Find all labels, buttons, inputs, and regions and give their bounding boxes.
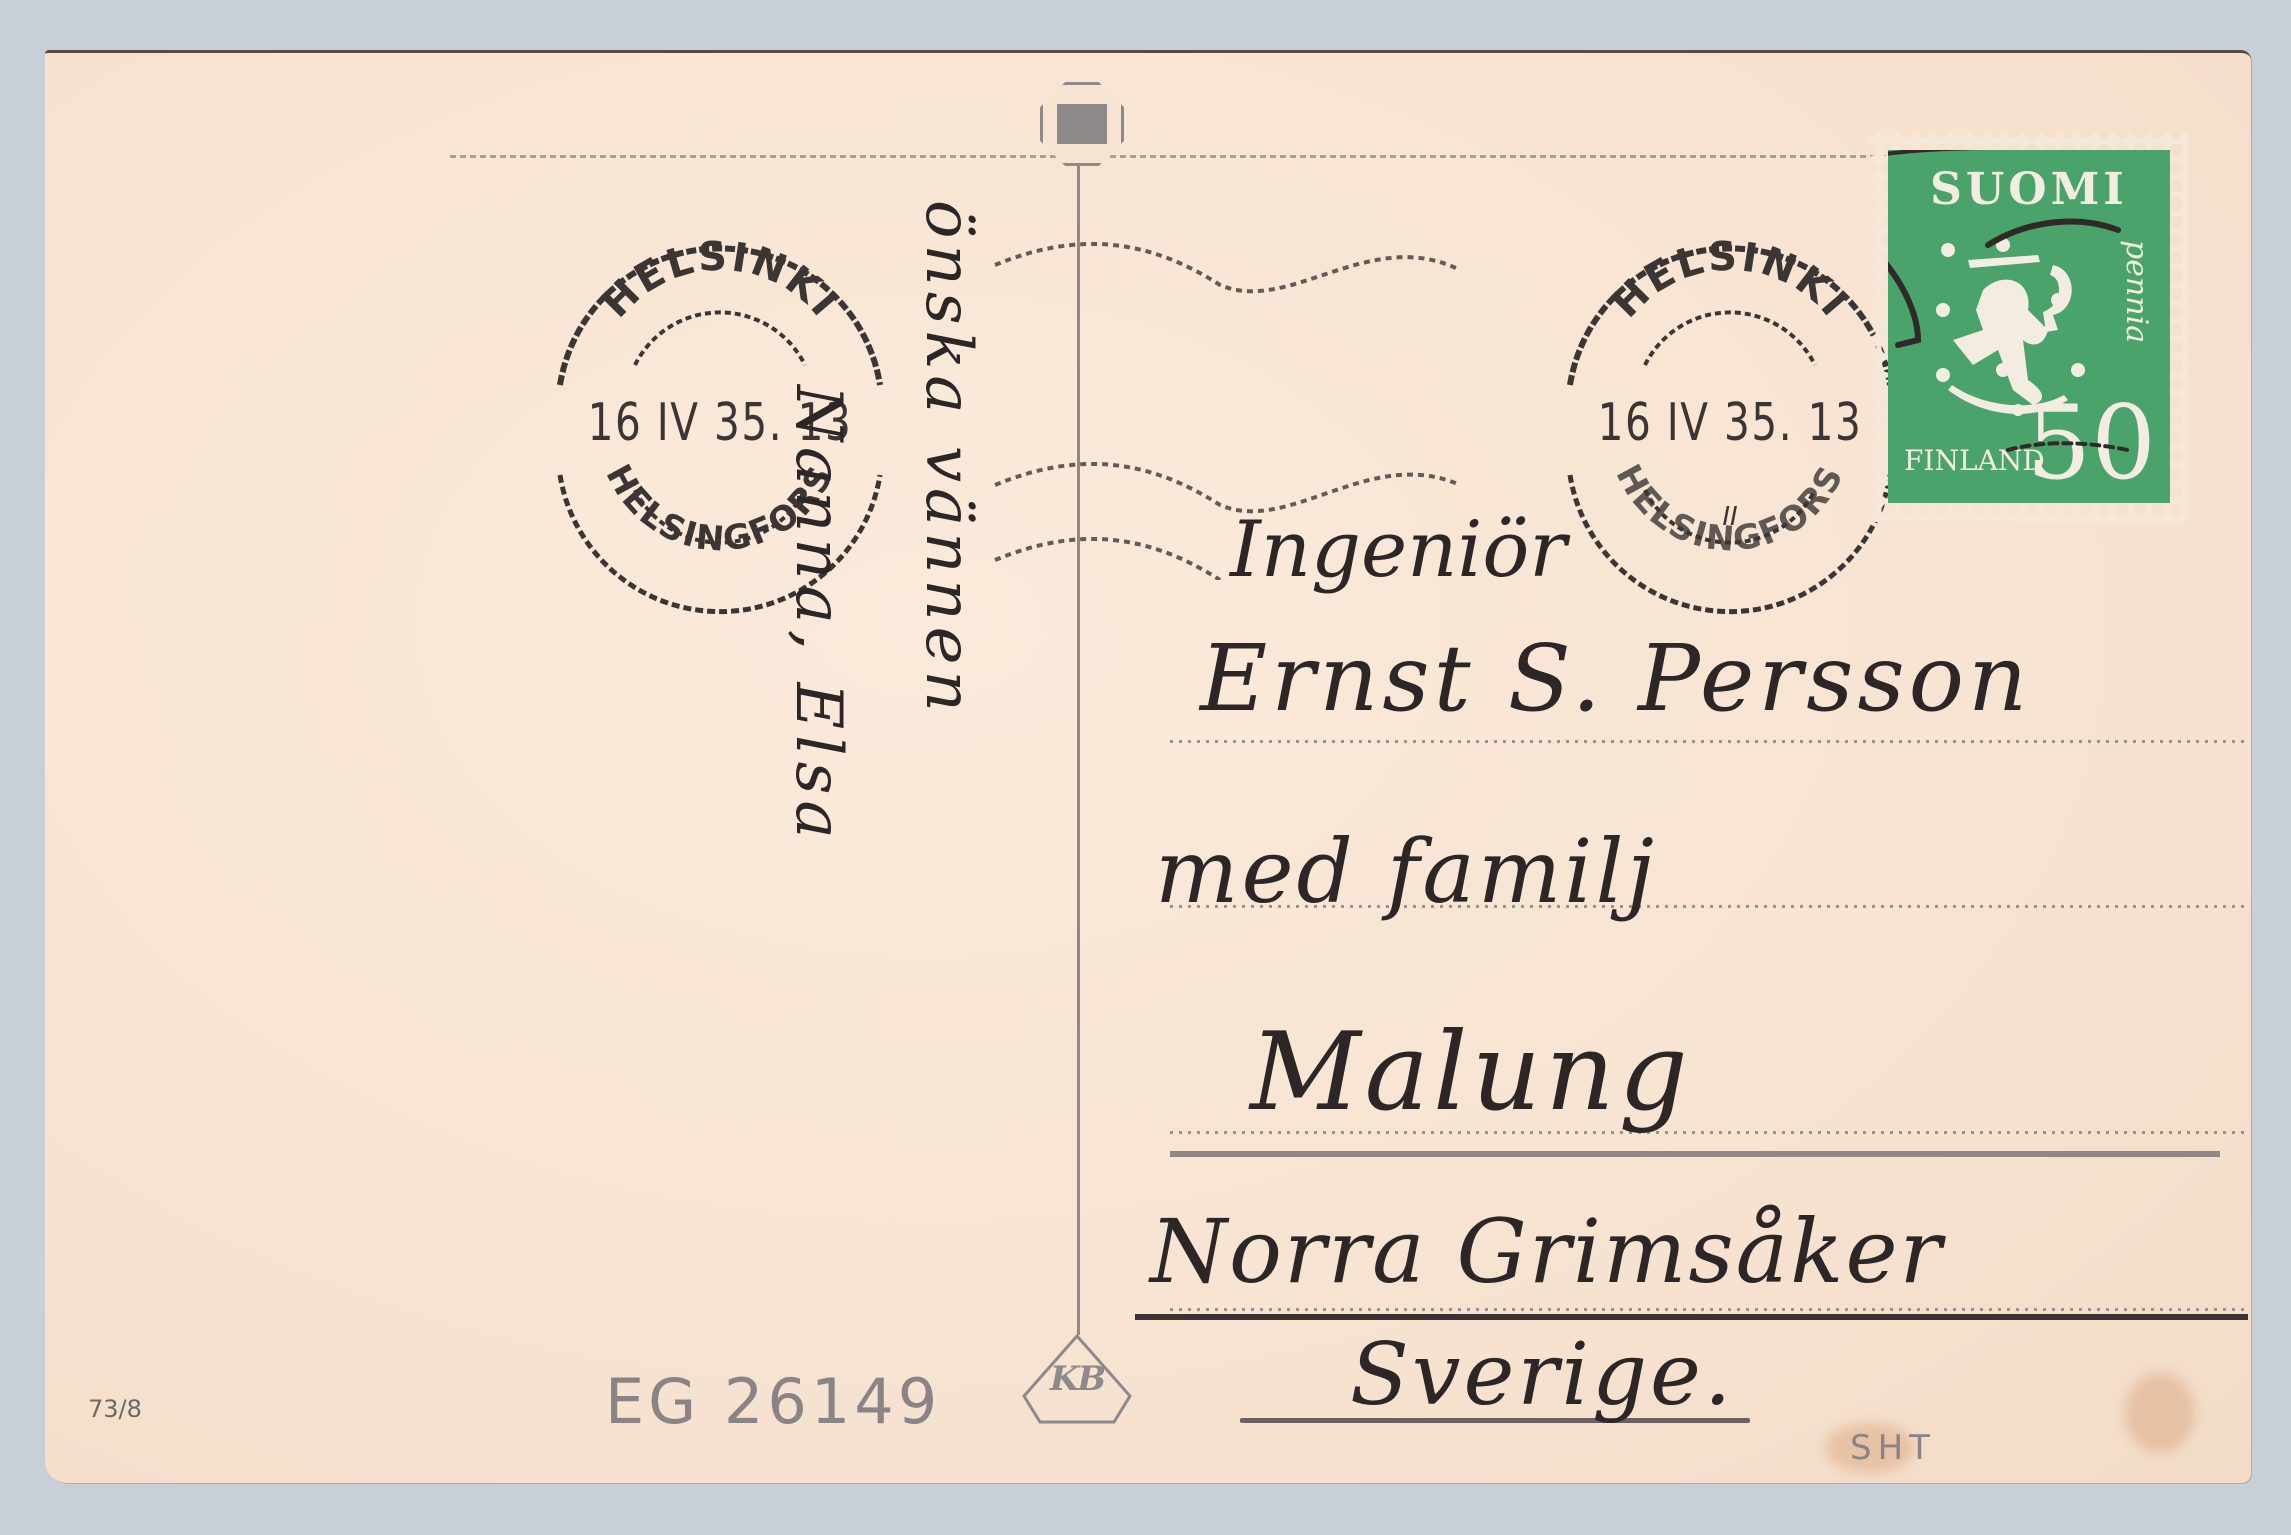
address-country: Sverige.	[1350, 1325, 1734, 1425]
address-line-5	[1170, 1308, 2250, 1311]
stamp-cancel-marks	[1888, 150, 2170, 503]
publisher-initials: KB	[1050, 1359, 1104, 1399]
foxing-stain	[2125, 1373, 2195, 1453]
postmark-mark: II	[1722, 502, 1737, 532]
message-line-1: önska vännen	[911, 200, 985, 718]
address-title: Ingeniör	[1230, 505, 1567, 595]
header-rule	[450, 155, 1890, 158]
address-rule-dark	[1135, 1314, 2248, 1320]
kb-diamond-logo: KB	[1022, 1334, 1132, 1424]
postage-stamp: SUOMI pennia FINLAND 50	[1888, 150, 2170, 503]
postmark-right: HELSINKI HELSINGFORS II 16 IV 35. 13	[1535, 225, 1925, 615]
address-town: Malung	[1250, 1010, 1692, 1135]
message-line-2: Nanna, Elsa	[781, 385, 855, 845]
catalog-number: EG 26149	[605, 1365, 941, 1438]
address-name: Ernst S. Persson	[1200, 625, 2031, 732]
address-rule-grey	[1170, 1151, 2220, 1157]
dealer-initials: SHT	[1850, 1428, 1936, 1468]
postmark-date: 16 IV 35. 13	[1578, 393, 1882, 453]
address-locality: Norra Grimsåker	[1150, 1200, 1944, 1303]
postmark-left: HELSINKI HELSINGFORS 16 IV 35. 13	[525, 225, 915, 615]
address-family: med familj	[1155, 820, 1657, 923]
address-line-2	[1170, 740, 2250, 743]
print-code: 73/8	[88, 1395, 142, 1423]
